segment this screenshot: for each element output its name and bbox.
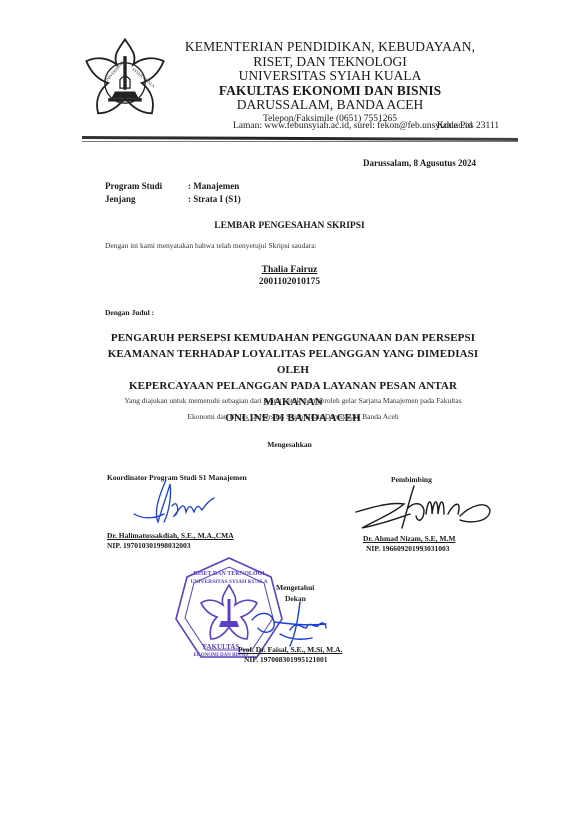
purpose-line: Yang diajukan untuk memenuhi sebagian da… — [100, 393, 486, 409]
coordinator-name: Dr. Halimatussakdiah, S.E., M.A.,CMA — [107, 531, 234, 540]
coordinator-nip: NIP. 197010301998032003 — [107, 541, 190, 550]
level-label: Jenjang — [105, 194, 136, 204]
dean-title: Dekan — [285, 594, 306, 603]
thesis-title-line: PENGARUH PERSEPSI KEMUDAHAN PENGGUNAAN D… — [100, 330, 486, 346]
purpose-text: Yang diajukan untuk memenuhi sebagian da… — [100, 393, 486, 425]
coordinator-title: Koordinator Program Studi S1 Manajemen — [107, 473, 247, 482]
svg-text:FAKULTAS: FAKULTAS — [203, 643, 240, 651]
advisor-nip: NIP. 196609201993031003 — [366, 544, 449, 553]
letterhead-faculty: FAKULTAS EKONOMI DAN BISNIS — [165, 84, 495, 99]
dean-name: Prof. Dr. Faisal, S.E., M.Si, M.A. — [238, 645, 342, 654]
thesis-title-line: KEAMANAN TERHADAP LOYALITAS PELANGGAN YA… — [100, 346, 486, 378]
letterhead-location: DARUSSALAM, BANDA ACEH — [165, 98, 495, 113]
advisor-name: Dr. Ahmad Nizam, S.E, M.M — [363, 534, 455, 543]
letterhead-postal-code: Kode Pos 23111 — [437, 121, 499, 131]
letterhead-ministry-2: RISET, DAN TEKNOLOGI — [165, 55, 495, 70]
level-value: : Strata I (S1) — [188, 194, 241, 204]
document-date: Darussalam, 8 Agusutus 2024 — [363, 158, 476, 168]
student-name-text: Thalia Fairuz — [262, 265, 318, 275]
program-label: Program Studi — [105, 181, 162, 191]
program-value: : Manajemen — [188, 181, 239, 191]
student-name: Thalia Fairuz — [0, 265, 579, 275]
intro-text: Dengan ini kami menyatakan bahwa telah m… — [105, 241, 317, 250]
student-id: 2001102010175 — [0, 277, 579, 287]
letterhead-university: UNIVERSITAS SYIAH KUALA — [165, 69, 495, 84]
letterhead: KEMENTERIAN PENDIDIKAN, KEBUDAYAAN, RISE… — [165, 40, 495, 126]
advisor-signature-icon — [352, 484, 492, 534]
university-logo-icon: UNIVERSITAS SYIAH KUALA — [83, 36, 167, 120]
advisor-title: Pembimbing — [391, 475, 432, 484]
svg-text:UNIVERSITAS SYIAH KUALA: UNIVERSITAS SYIAH KUALA — [190, 579, 267, 585]
svg-text:RISET DAN TEKNOLOGI: RISET DAN TEKNOLOGI — [193, 571, 265, 577]
title-label: Dengan Judul : — [105, 308, 154, 317]
letterhead-ministry: KEMENTERIAN PENDIDIKAN, KEBUDAYAAN, — [165, 40, 495, 55]
coordinator-signature-icon — [128, 478, 218, 528]
page-title: LEMBAR PENGESAHAN SKRIPSI — [0, 221, 579, 231]
approval-label: Mengesahkan — [0, 440, 579, 449]
purpose-line: Ekonomi dan Bisnis Universitas Syiah Kua… — [100, 409, 486, 425]
letterhead-divider-thin — [82, 141, 518, 142]
dean-nip: NIP. 197008301995121001 — [244, 655, 327, 664]
acknowledge-label: Mengetahui — [276, 583, 314, 592]
